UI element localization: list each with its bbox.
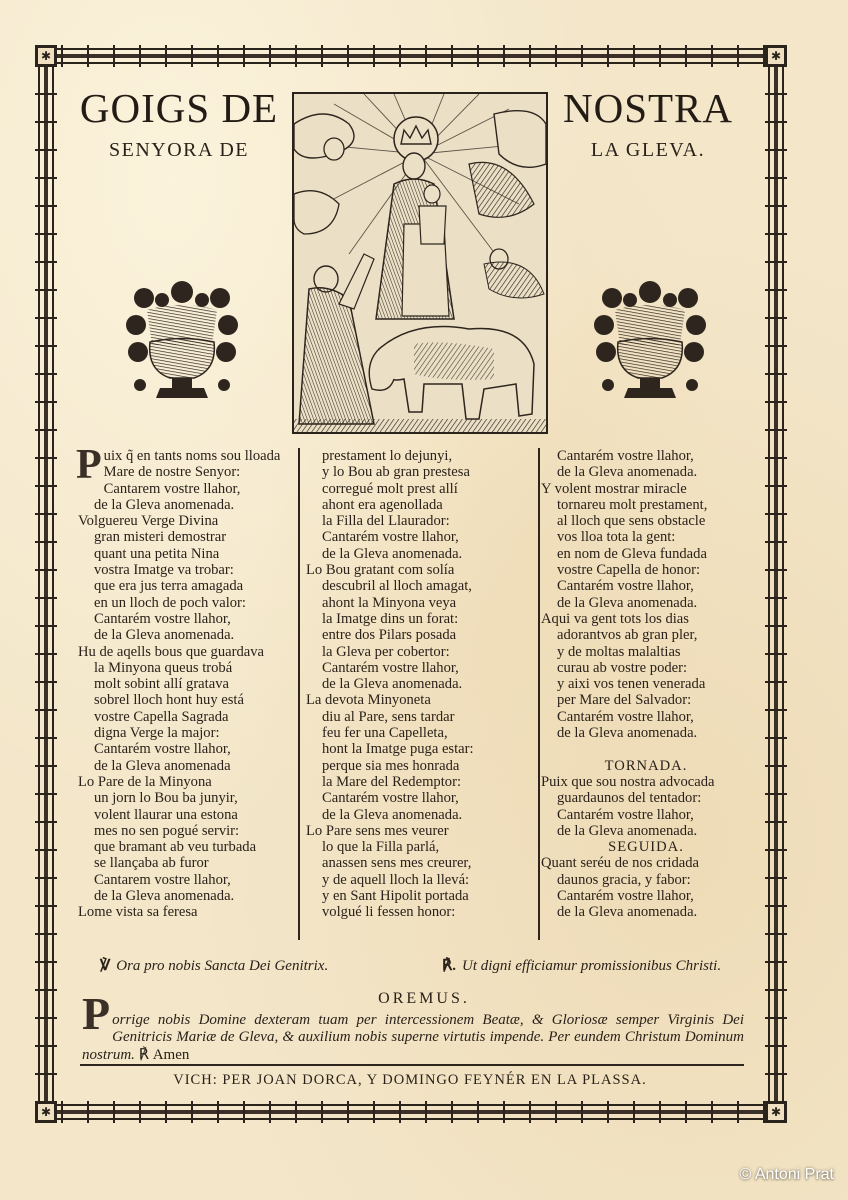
verse-line: Cantarém vostre llahor, <box>78 741 296 757</box>
verse-line-text: la Imatge dins un forat: <box>322 611 458 627</box>
verse-line: de la Gleva anomenada <box>78 758 296 774</box>
verse-line: Cantarem vostre llahor, <box>78 481 296 497</box>
corner-ornament-icon <box>765 45 787 67</box>
verse-line-text: y de moltas malaltias <box>557 644 681 660</box>
verse-line: de la Gleva anomenada. <box>541 725 751 741</box>
verse-columns: Puix q̃ en tants noms sou lloadaMare de … <box>74 448 750 943</box>
verse-line: corregué molt prest allí <box>306 481 536 497</box>
verse-column-1: Puix q̃ en tants noms sou lloadaMare de … <box>78 448 296 921</box>
verse-line-text: de la Gleva anomenada. <box>322 807 462 823</box>
verse-line-text: de la Gleva anomenada. <box>557 904 697 920</box>
verse-line: vostre Capella Sagrada <box>78 709 296 725</box>
verse-line: lo que la Filla parlá, <box>306 839 536 855</box>
verse-line: un jorn lo Bou ba junyir, <box>78 790 296 806</box>
verse-line-text: feu fer una Capelleta, <box>322 725 448 741</box>
verse-line-text: ahont era agenollada <box>322 497 443 513</box>
verse-line: molt sobint allí gratava <box>78 676 296 692</box>
verse-line-text: daunos gracia, y fabor: <box>557 872 691 888</box>
verse-line: Volguereu Verge Divina <box>78 513 296 529</box>
verse-column-2: prestament lo dejunyi,y lo Bou ab gran p… <box>306 448 536 921</box>
verse-line-text: Cantarém vostre llahor, <box>322 790 459 806</box>
verse-line-text: de la Gleva anomenada. <box>322 676 462 692</box>
verse-line: volgué li fessen honor: <box>306 904 536 920</box>
flower-vase-ornament-right <box>590 280 710 405</box>
verse-line: que era jus terra amagada <box>78 578 296 594</box>
verse-line: tornareu molt prestament, <box>541 497 751 513</box>
verse-line: hont la Imatge puga estar: <box>306 741 536 757</box>
verse-line-text: la Minyona queus trobá <box>94 660 232 676</box>
verse-line-text: molt sobint allí gratava <box>94 676 229 692</box>
verse-line: al lloch que sens obstacle <box>541 513 751 529</box>
verse-line-text: en nom de Gleva fundada <box>557 546 707 562</box>
verse-line-text: Lome vista sa feresa <box>78 904 198 920</box>
verse-line: guardaunos del tentador: <box>541 790 751 806</box>
corner-ornament-icon <box>765 1101 787 1123</box>
verse-line: de la Gleva anomenada. <box>306 546 536 562</box>
verse-line-text: Volguereu Verge Divina <box>78 513 218 529</box>
verse-line: Cantarém vostre llahor, <box>306 790 536 806</box>
verse-line: descubril al lloch amagat, <box>306 578 536 594</box>
verse-line: TORNADA. <box>541 758 751 774</box>
greek-key-border-right <box>765 67 787 1101</box>
verse-line-text: Puix que sou nostra advocada <box>541 774 714 790</box>
verse-line: de la Gleva anomenada. <box>78 497 296 513</box>
verse-line: Mare de nostre Senyor: <box>78 464 296 480</box>
verse-line-text: de la Gleva anomenada <box>94 758 231 774</box>
verse-line-text: Hu de aqells bous que guardava <box>78 644 264 660</box>
verse-line: y aixi vos tenen venerada <box>541 676 751 692</box>
verse-line-text: la Mare del Redemptor: <box>322 774 461 790</box>
verse-line: perque sia mes honrada <box>306 758 536 774</box>
prayer-text: P orrige nobis Domine dexteram tuam per … <box>82 994 744 1064</box>
verse-line-text: Cantarem vostre llahor, <box>104 481 241 497</box>
verse-line: Cantarém vostre llahor, <box>78 611 296 627</box>
verse-line-text: y aixi vos tenen venerada <box>557 676 705 692</box>
verse-line-text: SEGUIDA. <box>608 839 684 855</box>
verse-line: Cantarém vostre llahor, <box>306 529 536 545</box>
verse-line-text: de la Gleva anomenada. <box>94 627 234 643</box>
verse-line-text: corregué molt prest allí <box>322 481 458 497</box>
flower-vase-ornament-left <box>122 280 242 405</box>
verse-line-text: sobrel lloch hont huy está <box>94 692 244 708</box>
verse-line-text: Y volent mostrar miracle <box>541 481 687 497</box>
verse-line-text: uix q̃ en tants noms sou lloada <box>104 448 281 464</box>
verse-line: prestament lo dejunyi, <box>306 448 536 464</box>
verse-line: la Gleva per cobertor: <box>306 644 536 660</box>
verse-line-text: digna Verge la major: <box>94 725 220 741</box>
verse-line: Cantarém vostre llahor, <box>541 888 751 904</box>
verse-line: Cantarem vostre llahor, <box>78 872 296 888</box>
verse-line-text: curau ab vostre poder: <box>557 660 687 676</box>
verse-line-text: Lo Bou gratant com solía <box>306 562 454 578</box>
verse-line: se llançaba ab furor <box>78 855 296 871</box>
corner-ornament-icon <box>35 1101 57 1123</box>
verse-dropcap: P <box>76 448 102 482</box>
verse-line: ahont la Minyona veya <box>306 595 536 611</box>
verse-line-text: Cantarém vostre llahor, <box>557 448 694 464</box>
verse-line: volent llaurar una estona <box>78 807 296 823</box>
greek-key-border-top <box>35 45 787 67</box>
verse-line: Cantarém vostre llahor, <box>541 807 751 823</box>
verse-line: y en Sant Hipolit portada <box>306 888 536 904</box>
verse-line-text: la Gleva per cobertor: <box>322 644 450 660</box>
verse-line-text: Quant seréu de nos cridada <box>541 855 699 871</box>
verse-line: La devota Minyoneta <box>306 692 536 708</box>
verse-line-text: de la Gleva anomenada. <box>557 823 697 839</box>
verse-line-text: de la Gleva anomenada. <box>94 497 234 513</box>
title-senyora-de: SENYORA DE <box>68 138 290 162</box>
title-nostra: NOSTRA <box>548 86 748 130</box>
versicle-text: Ora pro nobis Sancta Dei Genitrix. <box>116 958 328 974</box>
title-la-gleva: LA GLEVA. <box>548 138 748 162</box>
verse-line-text: adorantvos ab gran pler, <box>557 627 697 643</box>
verse-line: la Mare del Redemptor: <box>306 774 536 790</box>
verse-line-text: quant una petita Nina <box>94 546 219 562</box>
verse-line-text: gran misteri demostrar <box>94 529 226 545</box>
verse-line: Lo Bou gratant com solía <box>306 562 536 578</box>
verse-line-text: Lo Pare de la Minyona <box>78 774 212 790</box>
verse-line: anassen sens mes creurer, <box>306 855 536 871</box>
verse-line: Cantarém vostre llahor, <box>541 709 751 725</box>
verse-line-text: vostre Capella Sagrada <box>94 709 229 725</box>
prayer-response-symbol: ℟ <box>139 1047 149 1063</box>
virgin-and-ox-woodcut-icon <box>294 94 546 432</box>
verse-line: Puix que sou nostra advocada <box>541 774 751 790</box>
verse-line-text: que era jus terra amagada <box>94 578 243 594</box>
verse-line-text: que bramant ab veu turbada <box>94 839 256 855</box>
verse-line-text: Cantarém vostre llahor, <box>557 888 694 904</box>
verse-line-text: tornareu molt prestament, <box>557 497 707 513</box>
verse-line: de la Gleva anomenada. <box>541 464 751 480</box>
verse-line: per Mare del Salvador: <box>541 692 751 708</box>
corner-ornament-icon <box>35 45 57 67</box>
title-right-block: NOSTRA LA GLEVA. <box>548 86 748 162</box>
prayer-amen: Amen <box>153 1047 190 1063</box>
printer-imprint: VICH: PER JOAN DORCA, Y DOMINGO FEYNÉR E… <box>0 1072 820 1089</box>
verse-line: en un lloch de poch valor: <box>78 595 296 611</box>
verse-column-3: Cantarém vostre llahor,de la Gleva anome… <box>541 448 751 921</box>
verse-line-text: guardaunos del tentador: <box>557 790 701 806</box>
verse-line-text: de la Gleva anomenada. <box>557 595 697 611</box>
verse-line <box>541 741 751 757</box>
flower-vase-icon <box>122 280 242 405</box>
greek-key-border-left <box>35 67 57 1101</box>
verse-line-text: Mare de nostre Senyor: <box>104 464 241 480</box>
verse-line: de la Gleva anomenada. <box>541 823 751 839</box>
verse-line: Y volent mostrar miracle <box>541 481 751 497</box>
verse-line: de la Gleva anomenada. <box>306 676 536 692</box>
verse-line-text: Cantarém vostre llahor, <box>322 529 459 545</box>
verse-line-text: La devota Minyoneta <box>306 692 431 708</box>
verse-line: Lo Pare sens mes veurer <box>306 823 536 839</box>
verse-line: Hu de aqells bous que guardava <box>78 644 296 660</box>
title-goigs-de: GOIGS DE <box>68 86 290 130</box>
verse-line-text: Cantarém vostre llahor, <box>94 611 231 627</box>
verse-line: vostra Imatge va trobar: <box>78 562 296 578</box>
response-symbol: ℟. <box>442 958 456 974</box>
verse-line: la Imatge dins un forat: <box>306 611 536 627</box>
verse-line: de la Gleva anomenada. <box>541 595 751 611</box>
woodcut-illustration <box>292 92 548 434</box>
response-text: Ut digni efficiamur promissionibus Chris… <box>462 958 721 974</box>
verse-line: digna Verge la major: <box>78 725 296 741</box>
copyright-watermark: © Antoni Prat <box>739 1166 834 1184</box>
verse-line: ahont era agenollada <box>306 497 536 513</box>
greek-key-border-bottom <box>35 1101 787 1123</box>
verse-line-text: un jorn lo Bou ba junyir, <box>94 790 238 806</box>
verse-line-text: Cantarém vostre llahor, <box>557 578 694 594</box>
prayer-dropcap: P <box>82 994 110 1034</box>
verse-line-text: y en Sant Hipolit portada <box>322 888 469 904</box>
verse-line-text: al lloch que sens obstacle <box>557 513 705 529</box>
verse-line: Puix q̃ en tants noms sou lloada <box>78 448 296 464</box>
verse-line: la Minyona queus trobá <box>78 660 296 676</box>
verse-line-text: TORNADA. <box>605 758 688 774</box>
verse-line: Lome vista sa feresa <box>78 904 296 920</box>
verse-line-text: anassen sens mes creurer, <box>322 855 471 871</box>
verse-line-text: per Mare del Salvador: <box>557 692 691 708</box>
verse-line: vos lloa tota la gent: <box>541 529 751 545</box>
verse-line-text: Cantarém vostre llahor, <box>94 741 231 757</box>
verse-line: quant una petita Nina <box>78 546 296 562</box>
verse-line: Cantarém vostre llahor, <box>541 448 751 464</box>
title-left-block: GOIGS DE SENYORA DE <box>68 86 290 162</box>
column-divider <box>538 448 540 940</box>
verse-line: curau ab vostre poder: <box>541 660 751 676</box>
verse-line-text: hont la Imatge puga estar: <box>322 741 474 757</box>
versicle: ℣Ora pro nobis Sancta Dei Genitrix. <box>100 956 328 975</box>
verse-line: Lo Pare de la Minyona <box>78 774 296 790</box>
verse-line-text: entre dos Pilars posada <box>322 627 456 643</box>
verse-line: adorantvos ab gran pler, <box>541 627 751 643</box>
footer-divider <box>80 1064 744 1066</box>
verse-line: de la Gleva anomenada. <box>78 627 296 643</box>
verse-line-text: perque sia mes honrada <box>322 758 459 774</box>
verse-line: Cantarém vostre llahor, <box>541 578 751 594</box>
verse-line-text: diu al Pare, sens tardar <box>322 709 455 725</box>
verse-line-text: vostre Capella de honor: <box>557 562 700 578</box>
verse-line-text: se llançaba ab furor <box>94 855 209 871</box>
verse-line: de la Gleva anomenada. <box>306 807 536 823</box>
verse-line-text: Cantarém vostre llahor, <box>322 660 459 676</box>
verse-line-text: y de aquell lloch la llevá: <box>322 872 469 888</box>
verse-line-text: Cantarem vostre llahor, <box>94 872 231 888</box>
verse-line-text: de la Gleva anomenada. <box>557 464 697 480</box>
verse-line: SEGUIDA. <box>541 839 751 855</box>
verse-line: daunos gracia, y fabor: <box>541 872 751 888</box>
verse-line: la Filla del Llaurador: <box>306 513 536 529</box>
verse-line: y de moltas malaltias <box>541 644 751 660</box>
verse-line-text: Lo Pare sens mes veurer <box>306 823 449 839</box>
verse-line: diu al Pare, sens tardar <box>306 709 536 725</box>
column-divider <box>298 448 300 940</box>
verse-line: sobrel lloch hont huy está <box>78 692 296 708</box>
verse-line: que bramant ab veu turbada <box>78 839 296 855</box>
verse-line-text: de la Gleva anomenada. <box>557 725 697 741</box>
verse-line: y de aquell lloch la llevá: <box>306 872 536 888</box>
response: ℟.Ut digni efficiamur promissionibus Chr… <box>442 956 721 975</box>
verse-line-text: lo que la Filla parlá, <box>322 839 439 855</box>
verse-line-text: de la Gleva anomenada. <box>322 546 462 562</box>
verse-line: Quant seréu de nos cridada <box>541 855 751 871</box>
verse-line-text: mes no sen pogué servir: <box>94 823 239 839</box>
verse-line-text: volent llaurar una estona <box>94 807 238 823</box>
verse-line: mes no sen pogué servir: <box>78 823 296 839</box>
verse-line-text: en un lloch de poch valor: <box>94 595 246 611</box>
verse-line-text: descubril al lloch amagat, <box>322 578 472 594</box>
verse-line-text: Aqui va gent tots los dias <box>541 611 689 627</box>
verse-line-text: Cantarém vostre llahor, <box>557 807 694 823</box>
verse-line-text: Cantarém vostre llahor, <box>557 709 694 725</box>
verse-line-text: volgué li fessen honor: <box>322 904 455 920</box>
verse-line-text: prestament lo dejunyi, <box>322 448 452 464</box>
verse-line: de la Gleva anomenada. <box>541 904 751 920</box>
verse-line-text: ahont la Minyona veya <box>322 595 456 611</box>
verse-line: Cantarém vostre llahor, <box>306 660 536 676</box>
verse-line: feu fer una Capelleta, <box>306 725 536 741</box>
verse-line: Aqui va gent tots los dias <box>541 611 751 627</box>
verse-line-text: y lo Bou ab gran prestesa <box>322 464 470 480</box>
verse-line: en nom de Gleva fundada <box>541 546 751 562</box>
verse-line: gran misteri demostrar <box>78 529 296 545</box>
verse-line: vostre Capella de honor: <box>541 562 751 578</box>
verse-line-text: la Filla del Llaurador: <box>322 513 450 529</box>
verse-line-text: vos lloa tota la gent: <box>557 529 675 545</box>
verse-line-text: de la Gleva anomenada. <box>94 888 234 904</box>
verse-line: de la Gleva anomenada. <box>78 888 296 904</box>
verse-line: entre dos Pilars posada <box>306 627 536 643</box>
versicle-symbol: ℣ <box>100 958 110 974</box>
verse-line-text: vostra Imatge va trobar: <box>94 562 234 578</box>
flower-vase-icon <box>590 280 710 405</box>
verse-line: y lo Bou ab gran prestesa <box>306 464 536 480</box>
